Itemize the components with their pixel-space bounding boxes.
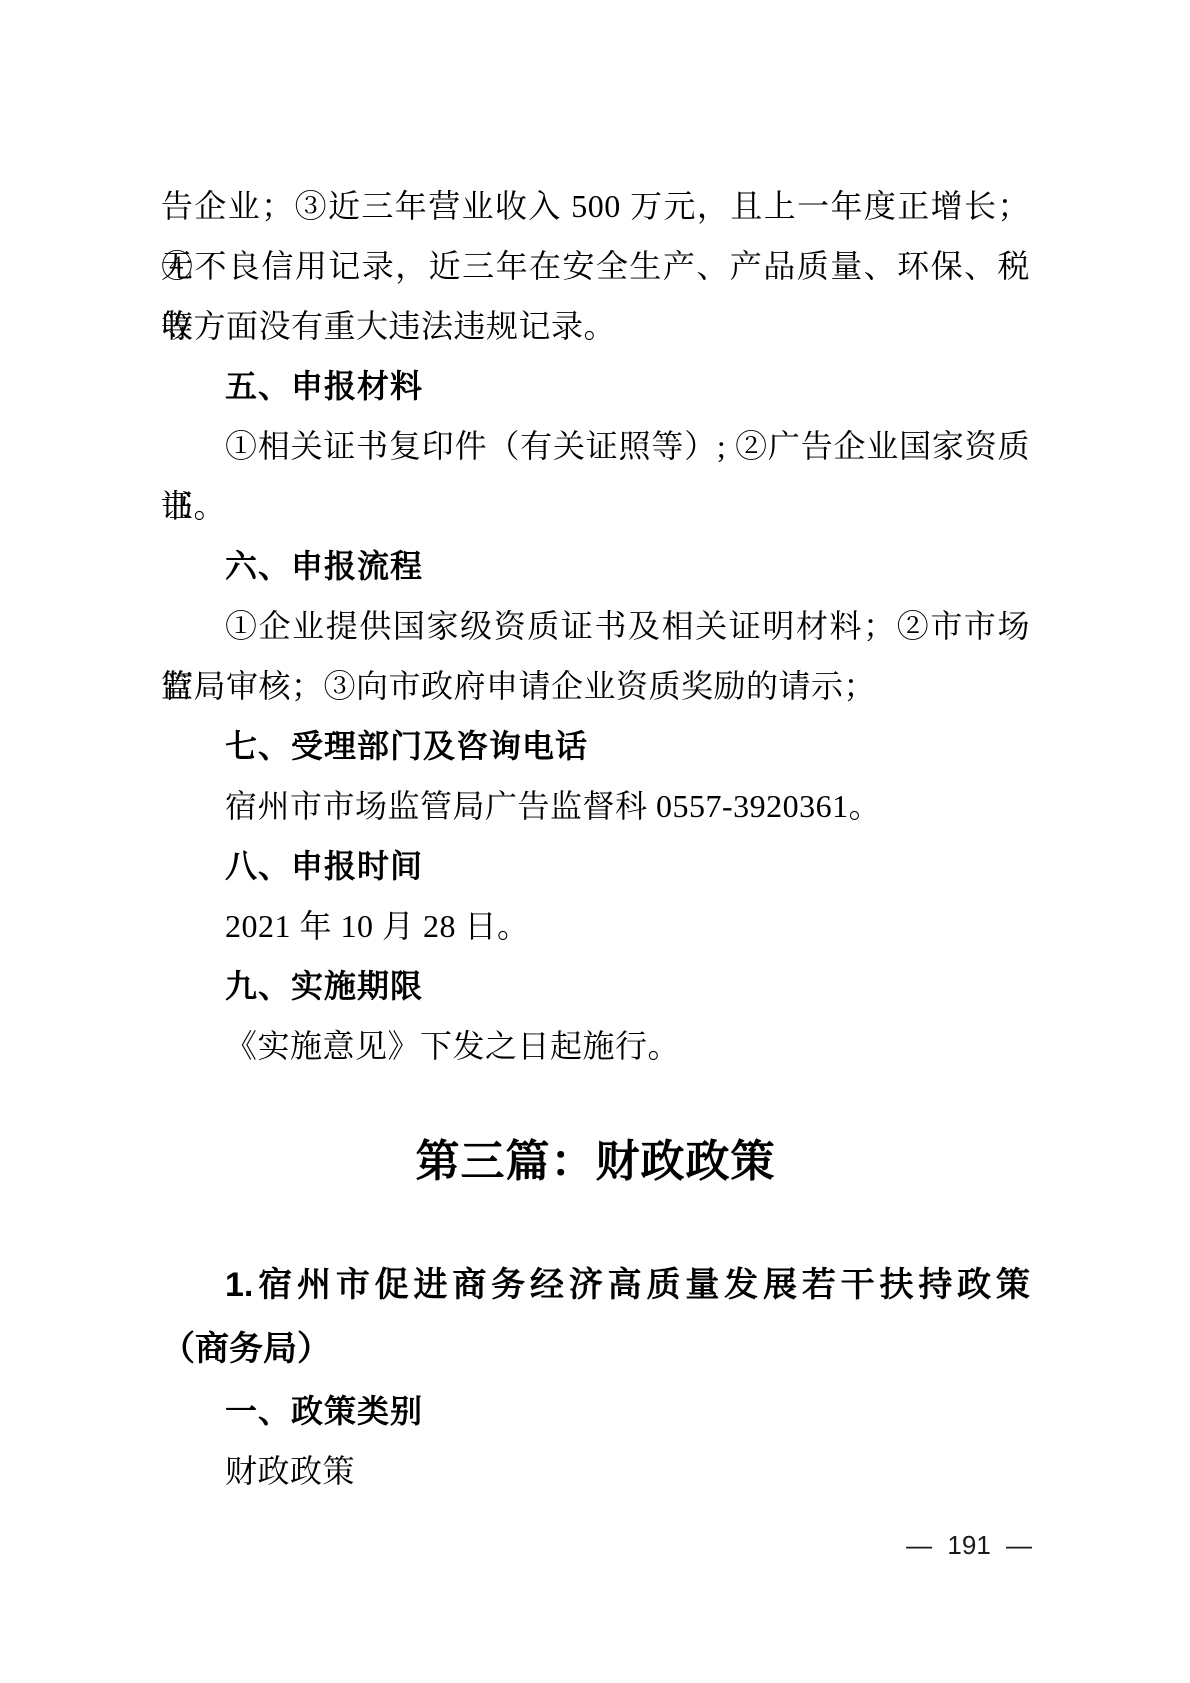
body-line: 告企业；③近三年营业收入 500 万元，且上一年度正增长；④: [161, 176, 1030, 236]
body-line-apply-date: 2021 年 10 月 28 日。: [161, 896, 1030, 956]
part-title: 第三篇：财政政策: [161, 1132, 1030, 1192]
section-heading-policy-category: 一、政策类别: [161, 1381, 1030, 1441]
document-page: 告企业；③近三年营业收入 500 万元，且上一年度正增长；④ 无不良信用记录，近…: [0, 0, 1190, 1683]
body-line: 等方面没有重大违法违规记录。: [161, 296, 1030, 356]
document-content: 告企业；③近三年营业收入 500 万元，且上一年度正增长；④ 无不良信用记录，近…: [161, 176, 1030, 1501]
policy-title-line2: （商务局）: [161, 1317, 1030, 1381]
body-line: ①相关证书复印件（有关证照等）; ②广告企业国家资质证: [161, 416, 1030, 476]
section-heading-apply-time: 八、申报时间: [161, 836, 1030, 896]
body-line-policy-category: 财政政策: [161, 1441, 1030, 1501]
policy-title-line1: 1.宿州市促进商务经济高质量发展若干扶持政策: [161, 1253, 1030, 1317]
body-line: ①企业提供国家级资质证书及相关证明材料；②市市场监: [161, 596, 1030, 656]
section-heading-duration: 九、实施期限: [161, 956, 1030, 1016]
section-heading-contact: 七、受理部门及咨询电话: [161, 716, 1030, 776]
page-number: — 191 —: [906, 1530, 1032, 1560]
body-line: 管局审核；③向市政府申请企业资质奖励的请示；: [161, 656, 1030, 716]
body-line: 书。: [161, 476, 1030, 536]
body-line: 《实施意见》下发之日起施行。: [161, 1016, 1030, 1076]
body-line-contact-phone: 宿州市市场监管局广告监督科 0557-3920361。: [161, 776, 1030, 836]
section-heading-process: 六、申报流程: [161, 536, 1030, 596]
section-heading-materials: 五、申报材料: [161, 356, 1030, 416]
body-line: 无不良信用记录，近三年在安全生产、产品质量、环保、税收: [161, 236, 1030, 296]
